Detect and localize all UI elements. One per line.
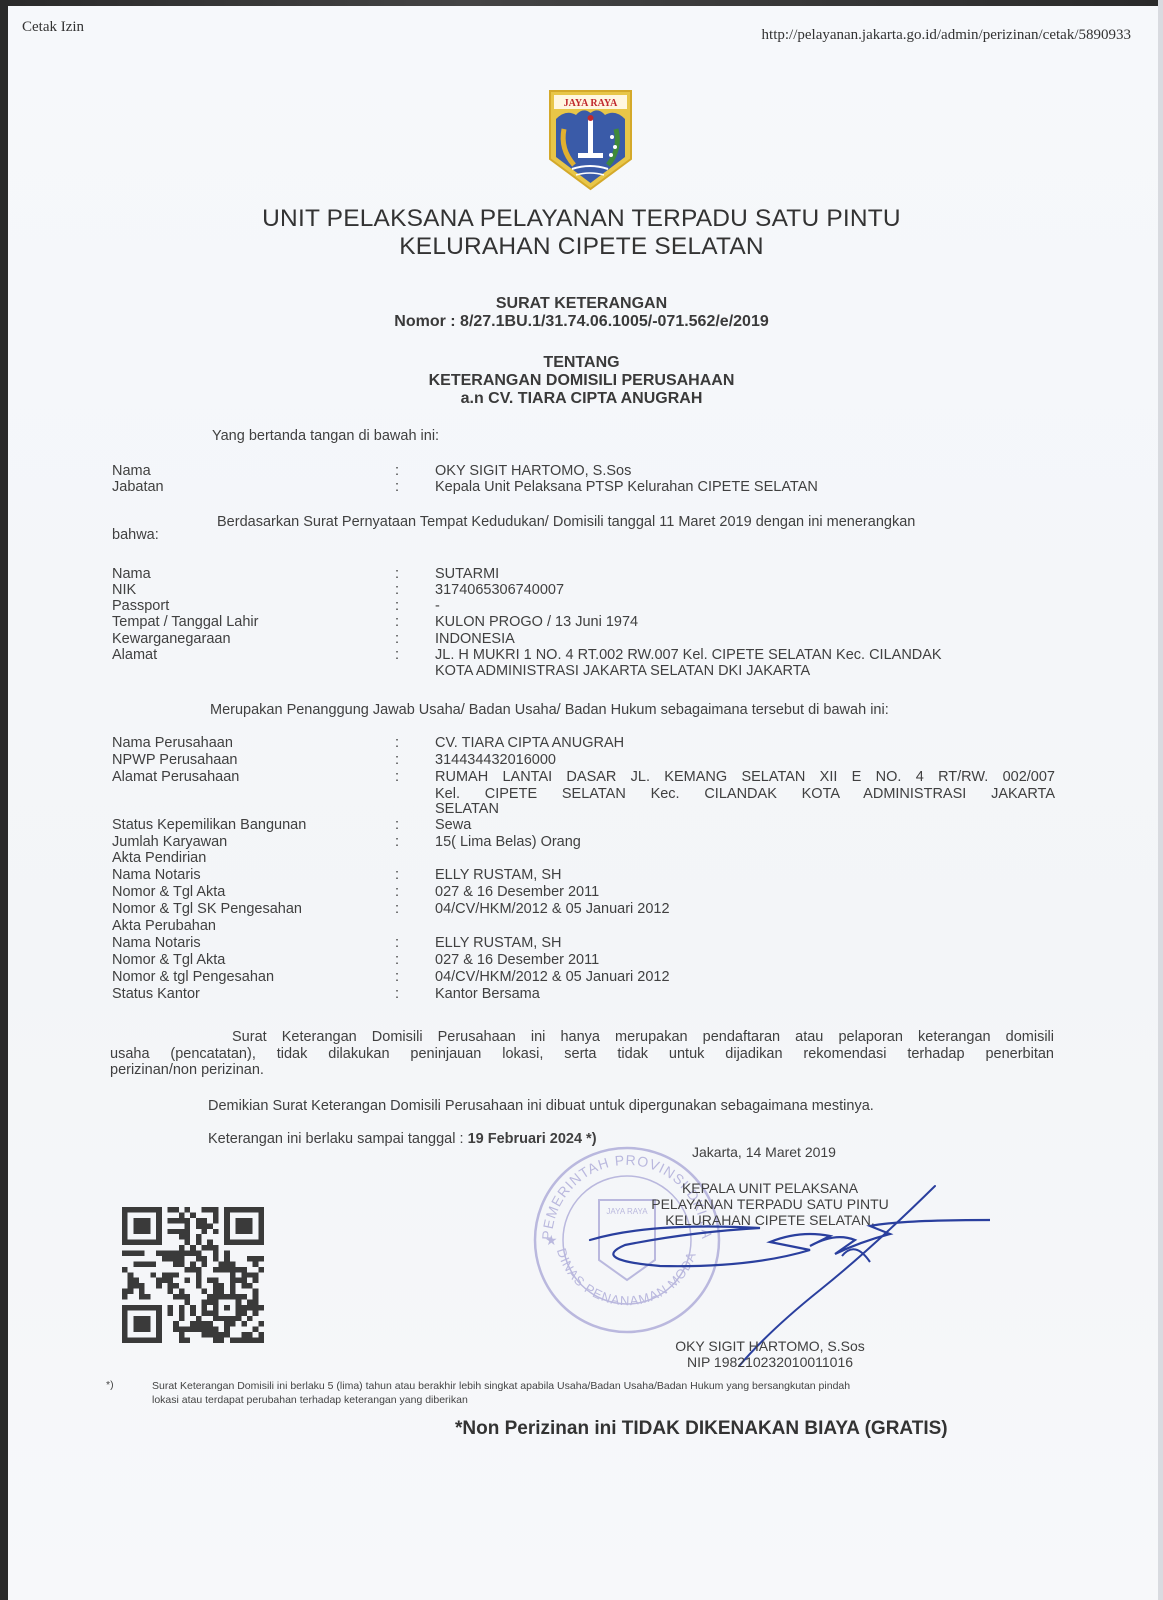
field-label: Nama Notaris (112, 935, 201, 951)
field-value: JL. H MUKRI 1 NO. 4 RT.002 RW.007 Kel. C… (435, 647, 1055, 663)
field-colon: : (395, 935, 399, 951)
field-label: Alamat Perusahaan (112, 769, 239, 785)
field-value: Kantor Bersama (435, 986, 1055, 1002)
validity-label: Keterangan ini berlaku sampai tanggal : (208, 1131, 468, 1147)
field-label: Status Kepemilikan Bangunan (112, 817, 306, 833)
about-label: TENTANG (0, 354, 1163, 372)
field-value: 314434432016000 (435, 752, 1055, 768)
field-colon: : (395, 817, 399, 833)
disclaimer-line: usaha (pencatatan), tidak dilakukan peni… (110, 1046, 1054, 1063)
footnote-line: Surat Keterangan Domisili ini berlaku 5 … (152, 1379, 1052, 1393)
field-label: Nomor & Tgl Akta (112, 952, 225, 968)
free-of-charge-notice: *Non Perizinan ini TIDAK DIKENAKAN BIAYA… (455, 1418, 948, 1440)
field-colon: : (395, 566, 399, 582)
qr-code-icon (122, 1207, 264, 1343)
svg-text:JAYA RAYA: JAYA RAYA (564, 98, 619, 109)
field-value: Sewa (435, 817, 1055, 833)
field-label: Akta Perubahan (112, 918, 216, 934)
field-value: 04/CV/HKM/2012 & 05 Januari 2012 (435, 969, 1055, 985)
field-label: Nama (112, 566, 151, 582)
field-colon: : (395, 867, 399, 883)
field-colon: : (395, 884, 399, 900)
office-title-line1: UNIT PELAKSANA PELAYANAN TERPADU SATU PI… (0, 205, 1163, 233)
field-value: KULON PROGO / 13 Juni 1974 (435, 614, 1055, 630)
field-colon: : (395, 735, 399, 751)
basis-statement: Berdasarkan Surat Pernyataan Tempat Kedu… (217, 514, 915, 531)
place-date: Jakarta, 14 Maret 2019 (692, 1144, 836, 1161)
field-label: Status Kantor (112, 986, 200, 1002)
field-colon: : (395, 969, 399, 985)
field-label: NIK (112, 582, 136, 598)
field-value: 3174065306740007 (435, 582, 1055, 598)
field-colon: : (395, 582, 399, 598)
field-colon: : (395, 769, 399, 785)
field-value: RUMAH LANTAI DASAR JL. KEMANG SELATAN XI… (435, 769, 1055, 785)
disclaimer-line: Surat Keterangan Domisili Perusahaan ini… (232, 1029, 1054, 1046)
field-colon: : (395, 647, 399, 663)
field-label: Jumlah Karyawan (112, 834, 227, 850)
field-label: Nomor & Tgl SK Pengesahan (112, 901, 302, 917)
field-value: SUTARMI (435, 566, 1055, 582)
field-value: 027 & 16 Desember 2011 (435, 884, 1055, 900)
field-colon: : (395, 463, 399, 479)
field-value: Kepala Unit Pelaksana PTSP Kelurahan CIP… (435, 479, 1055, 495)
field-colon: : (395, 631, 399, 647)
field-label: Akta Pendirian (112, 850, 206, 866)
field-colon: : (395, 952, 399, 968)
print-label: Cetak Izin (22, 19, 84, 36)
letter-number: Nomor : 8/27.1BU.1/31.74.06.1005/-071.56… (0, 313, 1163, 331)
closing-statement: Demikian Surat Keterangan Domisili Perus… (208, 1098, 874, 1115)
field-colon: : (395, 614, 399, 630)
field-label: Alamat (112, 647, 157, 663)
signatory-signature-name: OKY SIGIT HARTOMO, S.Sos NIP 19821023201… (620, 1338, 920, 1370)
field-label: Tempat / Tanggal Lahir (112, 614, 258, 630)
field-value: OKY SIGIT HARTOMO, S.Sos (435, 463, 1055, 479)
field-value: ELLY RUSTAM, SH (435, 867, 1055, 883)
footnote-marker: *) (106, 1378, 114, 1392)
field-value: INDONESIA (435, 631, 1055, 647)
disclaimer: Surat Keterangan Domisili Perusahaan ini… (232, 1029, 1054, 1046)
company-on-behalf: a.n CV. TIARA CIPTA ANUGRAH (0, 390, 1163, 408)
field-value: SELATAN (435, 801, 1055, 817)
field-value: 027 & 16 Desember 2011 (435, 952, 1055, 968)
footnote: Surat Keterangan Domisili ini berlaku 5 … (152, 1379, 1052, 1407)
field-label: Nomor & tgl Pengesahan (112, 969, 274, 985)
footnote-line: lokasi atau terdapat perubahan terhadap … (152, 1393, 1052, 1407)
letter-type: SURAT KETERANGAN (0, 295, 1163, 313)
field-colon: : (395, 598, 399, 614)
signatory-name: OKY SIGIT HARTOMO, S.Sos (620, 1338, 920, 1354)
field-label: NPWP Perusahaan (112, 752, 237, 768)
field-colon: : (395, 901, 399, 917)
letter-subject: KETERANGAN DOMISILI PERUSAHAAN (0, 372, 1163, 390)
field-value: 04/CV/HKM/2012 & 05 Januari 2012 (435, 901, 1055, 917)
signatory-intro: Yang bertanda tangan di bawah ini: (212, 428, 439, 445)
field-value: Kel. CIPETE SELATAN Kec. CILANDAK KOTA A… (435, 786, 1055, 802)
disclaimer-line: perizinan/non perizinan. (110, 1062, 264, 1079)
responsible-intro: Merupakan Penanggung Jawab Usaha/ Badan … (210, 702, 889, 719)
field-value: ELLY RUSTAM, SH (435, 935, 1055, 951)
field-label: Nama (112, 463, 151, 479)
office-title-line2: KELURAHAN CIPETE SELATAN (0, 233, 1163, 261)
field-label: Kewarganegaraan (112, 631, 231, 647)
svg-text:★: ★ (545, 1232, 558, 1248)
field-label: Passport (112, 598, 169, 614)
field-colon: : (395, 986, 399, 1002)
field-label: Nama Notaris (112, 867, 201, 883)
field-colon: : (395, 479, 399, 495)
jakarta-coat-of-arms-icon: JAYA RAYA (548, 89, 633, 191)
field-value: - (435, 598, 1055, 614)
field-colon: : (395, 752, 399, 768)
field-value: CV. TIARA CIPTA ANUGRAH (435, 735, 1055, 751)
basis-statement-cont: bahwa: (112, 527, 159, 544)
field-value: 15( Lima Belas) Orang (435, 834, 1055, 850)
field-value: KOTA ADMINISTRASI JAKARTA SELATAN DKI JA… (435, 663, 1055, 679)
signatory-nip: NIP 198210232010011016 (620, 1354, 920, 1370)
field-label: Nomor & Tgl Akta (112, 884, 225, 900)
page-url: http://pelayanan.jakarta.go.id/admin/per… (762, 27, 1131, 44)
field-colon: : (395, 834, 399, 850)
field-label: Nama Perusahaan (112, 735, 233, 751)
field-label: Jabatan (112, 479, 164, 495)
